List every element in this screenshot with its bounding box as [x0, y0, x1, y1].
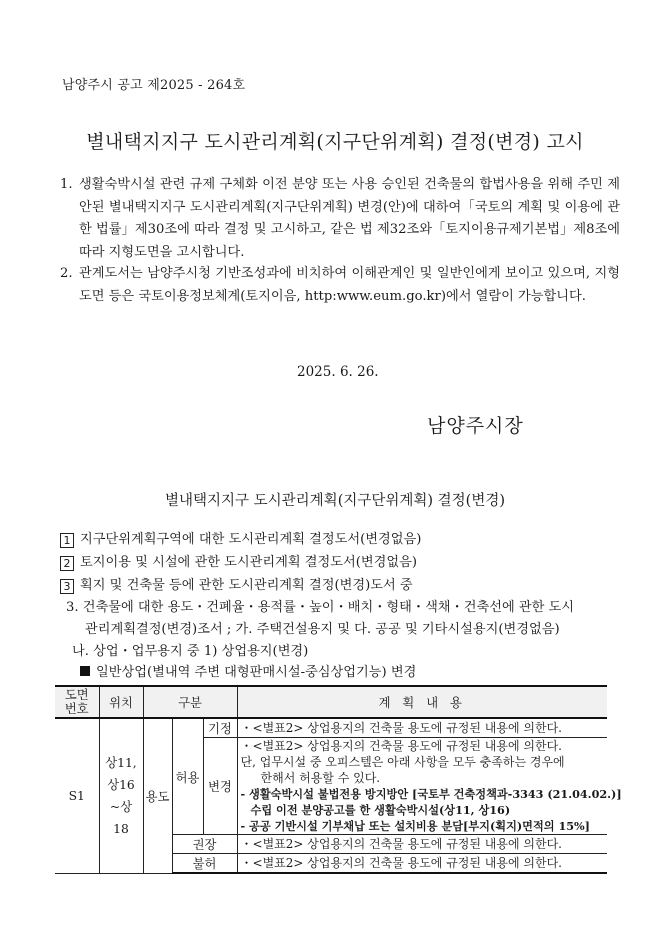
paragraph-number: 2.: [60, 263, 73, 286]
location-cell: 상11, 상16 ~상18: [99, 718, 143, 873]
section-3-line-1: 3. 건축물에 대한 용도・건폐율・용적률・높이・배치・형태・색채・건축선에 관…: [66, 596, 574, 615]
header-location: 위치: [99, 686, 143, 718]
table-header-row: 도면 번호 위치 구분 계 획 내 용: [55, 686, 607, 718]
decision-item-text: 획지 및 건축물 등에 관한 도시관리계획 결정(변경)도서 중: [80, 578, 413, 593]
prohibited-content: ・<별표2> 상업용지의 건축물 용도에 규정된 내용에 의한다.: [237, 854, 607, 874]
filled-square-icon: [80, 666, 90, 676]
section-3-line-2: 관리계획결정(변경)조서 ; 가. 주택건설용지 및 다. 공공 및 기타시설용…: [85, 618, 560, 637]
paragraph-2: 2. 관계도서는 남양주시청 기반조성과에 비치하여 이해관계인 및 일반인에게…: [60, 263, 620, 308]
number-box-icon: 3: [60, 579, 74, 594]
drawing-number-cell: S1: [55, 718, 99, 873]
header-plan-content: 계 획 내 용: [237, 686, 607, 718]
prohibited-label: 불허: [172, 854, 237, 874]
notice-date: 2025. 6. 26.: [297, 364, 379, 380]
paragraph-number: 1.: [60, 174, 73, 197]
paragraph-text: 관계도서는 남양주시청 기반조성과에 비치하여 이해관계인 및 일반인에게 보이…: [79, 263, 620, 308]
number-box-icon: 2: [60, 556, 74, 571]
existing-content: ・<별표2> 상업용지의 건축물 용도에 규정된 내용에 의한다.: [237, 718, 607, 738]
existing-label: 기정: [203, 718, 237, 738]
decision-item-text: 지구단위계획구역에 대한 도시관리계획 결정도서(변경없음): [80, 532, 421, 547]
recommended-label: 권장: [172, 835, 237, 854]
decision-title: 별내택지지구 도시관리계획(지구단위계획) 결정(변경): [0, 489, 670, 510]
changed-content: ・<별표2> 상업용지의 건축물 용도에 규정된 내용에 의한다. 단, 업무시…: [237, 738, 607, 835]
header-drawing-number: 도면 번호: [55, 686, 99, 718]
decision-item-2: 2토지이용 및 시설에 관한 도시관리계획 결정도서(변경없음): [60, 551, 417, 571]
signer: 남양주시장: [427, 411, 524, 438]
decision-item-1: 1지구단위계획구역에 대한 도시관리계획 결정도서(변경없음): [60, 528, 421, 548]
bullet-heading: 일반상업(별내역 주변 대형판매시설-중심상업기능) 변경: [80, 661, 416, 680]
paragraph-1: 1. 생활숙박시설 관련 규제 구체화 이전 분양 또는 사용 승인된 건축물의…: [60, 174, 620, 264]
notice-number: 남양주시 공고 제2025 - 264호: [62, 74, 245, 93]
paragraph-text: 생활숙박시설 관련 규제 구체화 이전 분양 또는 사용 승인된 건축물의 합법…: [79, 174, 620, 264]
recommended-content: ・<별표2> 상업용지의 건축물 용도에 규정된 내용에 의한다.: [237, 835, 607, 854]
use-cell: 용도: [143, 718, 172, 873]
changed-label: 변경: [203, 738, 237, 835]
decision-item-text: 토지이용 및 시설에 관한 도시관리계획 결정도서(변경없음): [80, 555, 417, 570]
number-box-icon: 1: [60, 533, 74, 548]
subsection-na: 나. 상업・업무용지 중 1) 상업용지(변경): [72, 640, 308, 659]
permitted-cell: 허용: [172, 718, 203, 835]
header-category: 구분: [143, 686, 237, 718]
bullet-heading-text: 일반상업(별내역 주변 대형판매시설-중심상업기능) 변경: [96, 665, 416, 680]
document-title: 별내택지지구 도시관리계획(지구단위계획) 결정(변경) 고시: [0, 127, 670, 154]
table-row-existing: S1 상11, 상16 ~상18 용도 허용 기정 ・<별표2> 상업용지의 건…: [55, 718, 607, 738]
plan-table: 도면 번호 위치 구분 계 획 내 용 S1 상11, 상16 ~상18 용도 …: [55, 685, 607, 874]
decision-item-3: 3획지 및 건축물 등에 관한 도시관리계획 결정(변경)도서 중: [60, 574, 413, 594]
